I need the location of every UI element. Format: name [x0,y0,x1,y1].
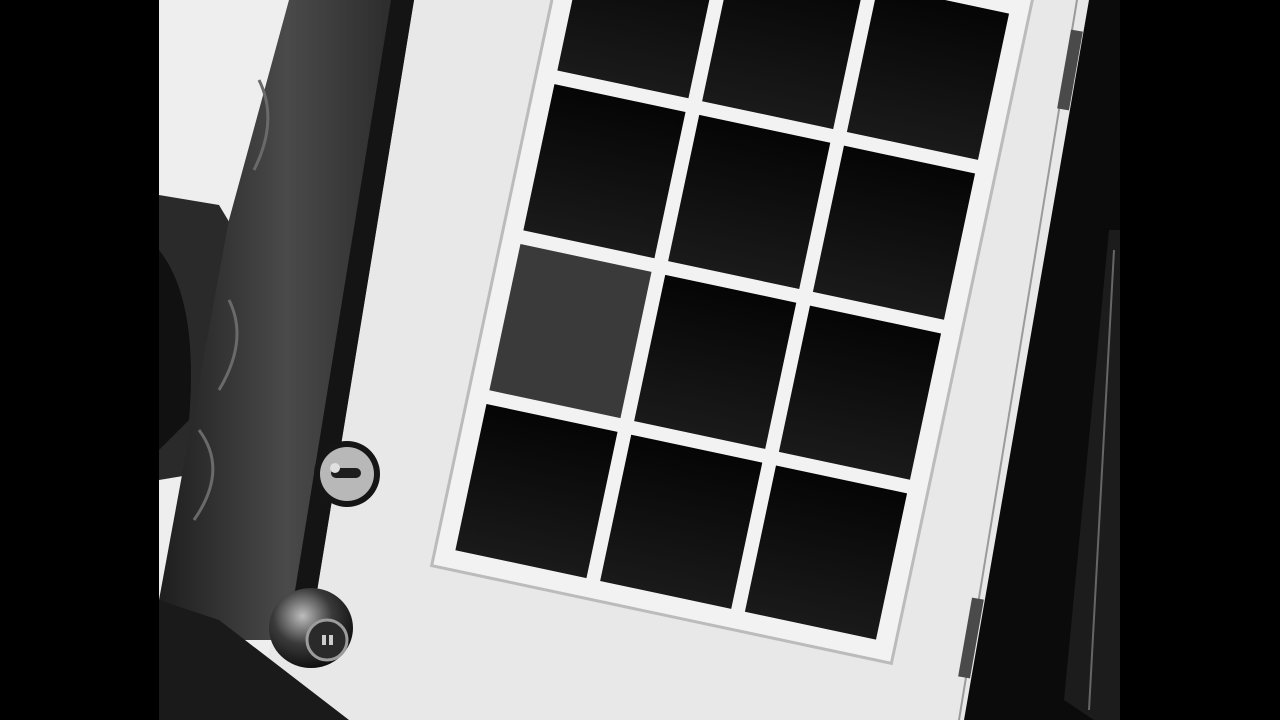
door-photo [159,0,1120,720]
deadbolt [314,441,380,507]
letterbox-left [0,0,159,720]
letterbox-right [1120,0,1280,720]
doorknob [269,588,353,668]
photo-frame: Black-and-white film still: a tilted whi… [159,0,1120,720]
